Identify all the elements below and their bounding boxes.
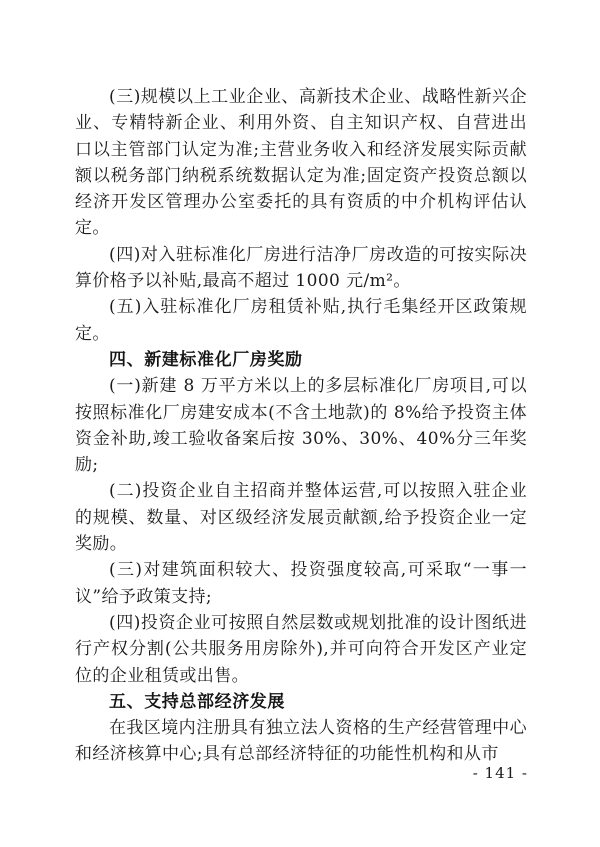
document-body: (三)规模以上工业企业、高新技术企业、战略性新兴企业、专精特新企业、利用外资、自… — [75, 84, 527, 768]
paragraph-item-3-case-by-case: (三)对建筑面积较大、投资强度较高,可采取“一事一议”给予政策支持; — [75, 557, 527, 610]
paragraph-item-2-self-operate: (二)投资企业自主招商并整体运营,可以按照入驻企业的规模、数量、对区级经济发展贡… — [75, 478, 527, 557]
section-heading-4: 四、新建标准化厂房奖励 — [75, 347, 527, 373]
paragraph-item-3-definition: (三)规模以上工业企业、高新技术企业、战略性新兴企业、专精特新企业、利用外资、自… — [75, 84, 527, 242]
section-heading-5: 五、支持总部经济发展 — [75, 689, 527, 715]
paragraph-hq-economy: 在我区境内注册具有独立法人资格的生产经营管理中心和经济核算中心;具有总部经济特征… — [75, 715, 527, 768]
paragraph-item-4-clean-factory: (四)对入驻标准化厂房进行洁净厂房改造的可按实际决算价格予以补贴,最高不超过 1… — [75, 242, 527, 295]
paragraph-item-5-rent-subsidy: (五)入驻标准化厂房租赁补贴,执行毛集经开区政策规定。 — [75, 294, 527, 347]
paragraph-item-1-new-factory: (一)新建 8 万平方米以上的多层标准化厂房项目,可以按照标准化厂房建安成本(不… — [75, 373, 527, 478]
paragraph-item-4-property-split: (四)投资企业可按照自然层数或规划批准的设计图纸进行产权分割(公共服务用房除外)… — [75, 610, 527, 689]
document-page: (三)规模以上工业企业、高新技术企业、战略性新兴企业、专精特新企业、利用外资、自… — [0, 0, 600, 847]
page-number: - 141 - — [473, 764, 528, 782]
